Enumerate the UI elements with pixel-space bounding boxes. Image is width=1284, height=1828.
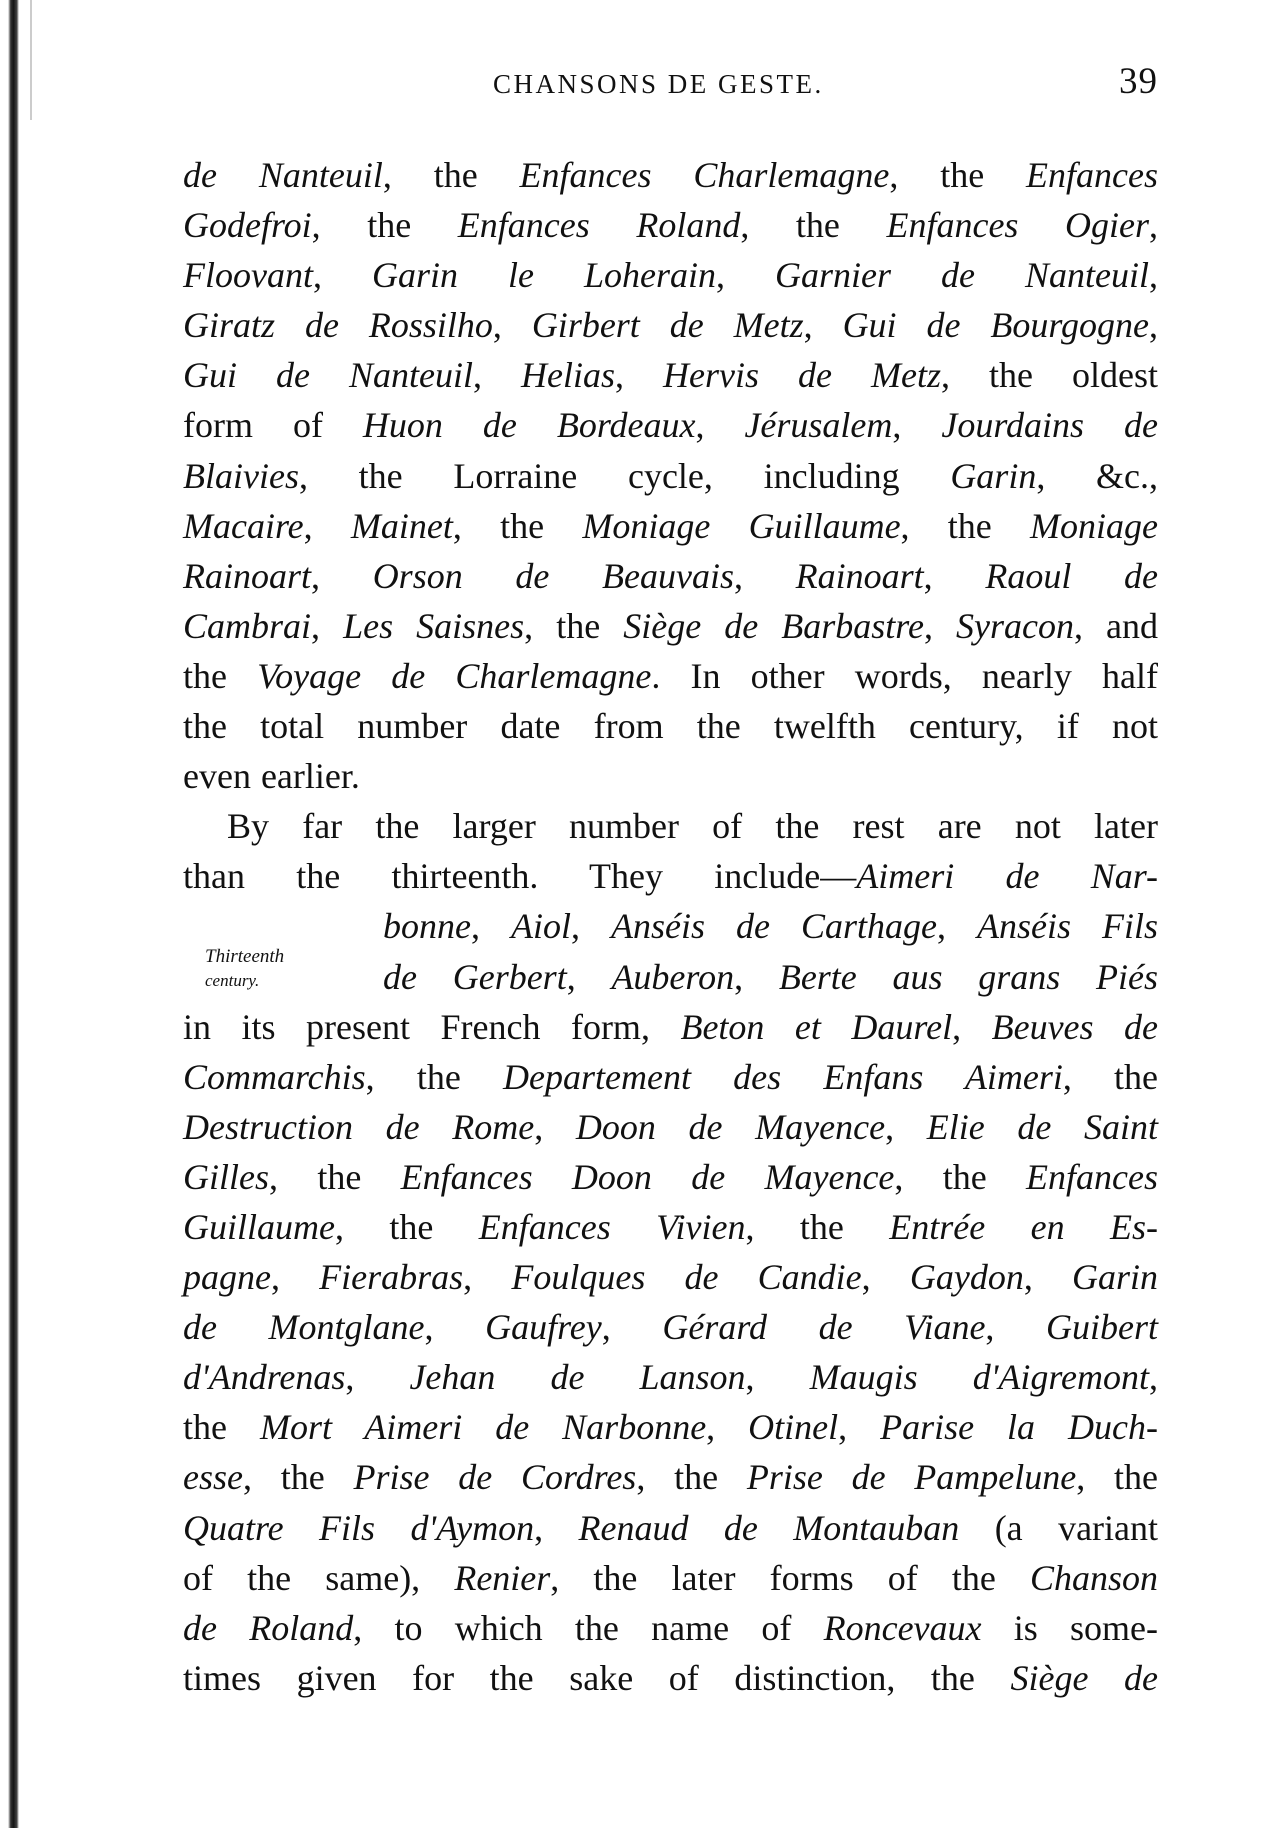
italic-title: Prise de Pampelune <box>747 1457 1076 1497</box>
italic-title: Destruction de Rome <box>183 1107 534 1147</box>
text-run: , <box>534 1508 578 1548</box>
italic-title: Entrée en Es- <box>889 1207 1158 1247</box>
text-line: Floovant, Garin le Loherain, Garnier de … <box>183 250 1158 300</box>
italic-title: Floovant <box>183 255 313 295</box>
text-line: esse, the Prise de Cordres, the Prise de… <box>183 1452 1158 1502</box>
italic-title: Gilles <box>183 1157 269 1197</box>
running-head: CHANSONS DE GESTE. 39 <box>183 66 1158 102</box>
text-run: (a variant <box>959 1508 1158 1548</box>
italic-title: Beuves de <box>992 1007 1158 1047</box>
text-line: de Nanteuil, the Enfances Charlemagne, t… <box>183 150 1158 200</box>
text-run: , <box>345 1357 409 1397</box>
text-run: , the <box>524 606 623 646</box>
text-run: , <box>746 1357 810 1397</box>
text-line: bonne, Aiol, Anséis de Carthage, Anséis … <box>183 901 1158 951</box>
text-run: , <box>924 606 956 646</box>
text-line: Macaire, Mainet, the Moniage Guillaume, … <box>183 501 1158 551</box>
italic-title: Maugis d'Aigremont <box>810 1357 1149 1397</box>
text-run: , <box>473 355 521 395</box>
text-line: de Roland, to which the name of Roncevau… <box>183 1603 1158 1653</box>
italic-title: Otinel <box>748 1407 838 1447</box>
italic-title: Fierabras <box>319 1257 463 1297</box>
italic-title: Enfances Vivien <box>479 1207 746 1247</box>
text-run: , the <box>636 1457 747 1497</box>
text-run: is some- <box>982 1608 1158 1648</box>
text-run: , <box>937 906 977 946</box>
text-run: , and <box>1074 606 1158 646</box>
page-number: 39 <box>1119 64 1158 100</box>
text-run: the total number date from the twelfth c… <box>183 706 1158 746</box>
italic-title: Renaud de Montauban <box>579 1508 960 1548</box>
text-run: , <box>311 606 343 646</box>
text-line: Quatre Fils d'Aymon, Renaud de Montauban… <box>183 1503 1158 1553</box>
text-line: form of Huon de Bordeaux, Jérusalem, Jou… <box>183 400 1158 450</box>
text-line: the Mort Aimeri de Narbonne, Otinel, Par… <box>183 1402 1158 1452</box>
text-run: , the <box>894 1157 1026 1197</box>
text-run: , &c., <box>1036 456 1158 496</box>
text-run: , <box>952 1007 992 1047</box>
italic-title: Gérard de Viane <box>662 1307 985 1347</box>
text-run: , the <box>453 506 582 546</box>
text-run: , <box>734 957 779 997</box>
italic-title: Commarchis <box>183 1057 366 1097</box>
text-run: , the <box>1063 1057 1158 1097</box>
text-run: , <box>493 305 532 345</box>
text-line: even earlier. <box>183 751 1158 801</box>
text-run: , <box>924 556 986 596</box>
text-run: , the <box>383 155 520 195</box>
text-line: times given for the sake of distinction,… <box>183 1653 1158 1703</box>
text-line: Guillaume, the Enfances Vivien, the Entr… <box>183 1202 1158 1252</box>
italic-title: Mort Aimeri de Narbonne <box>260 1407 706 1447</box>
italic-title: d'Andrenas <box>183 1357 345 1397</box>
italic-title: Prise de Cordres <box>353 1457 636 1497</box>
italic-title: Renier <box>454 1558 550 1598</box>
italic-title: Syracon <box>956 606 1074 646</box>
text-line: Godefroi, the Enfances Roland, the Enfan… <box>183 200 1158 250</box>
text-run: , the <box>889 155 1026 195</box>
text-run: , <box>567 957 612 997</box>
text-run: , the <box>740 205 886 245</box>
italic-title: de Nanteuil <box>183 155 383 195</box>
italic-title: Berte aus grans Piés <box>779 957 1158 997</box>
text-run: than the thirteenth. They include— <box>183 856 856 896</box>
text-run: the <box>183 1407 260 1447</box>
italic-title: Chanson <box>1030 1558 1158 1598</box>
text-run: , <box>838 1407 880 1447</box>
italic-title: Enfances Doon de Mayence <box>401 1157 895 1197</box>
text-line: Giratz de Rossilho, Girbert de Metz, Gui… <box>183 300 1158 350</box>
text-run: , <box>885 1107 927 1147</box>
italic-title: Gui de Bourgogne <box>843 305 1149 345</box>
scan-edge-border <box>8 0 19 1828</box>
text-run: , the <box>745 1207 889 1247</box>
italic-title: Helias <box>521 355 615 395</box>
running-title: CHANSONS DE GESTE. <box>493 66 824 102</box>
italic-title: pagne <box>183 1257 271 1297</box>
italic-title: Doon de Mayence <box>576 1107 885 1147</box>
text-run: , the <box>269 1157 401 1197</box>
text-run: , <box>892 405 941 445</box>
italic-title: Elie de Saint <box>927 1107 1158 1147</box>
italic-title: Enfances <box>1026 1157 1158 1197</box>
text-run: , <box>734 556 796 596</box>
italic-title: Siège de <box>1010 1658 1158 1698</box>
italic-title: Hervis de Metz <box>663 355 941 395</box>
text-line: Blaivies, the Lorraine cycle, including … <box>183 451 1158 501</box>
text-run: , the <box>243 1457 354 1497</box>
italic-title: Auberon <box>611 957 734 997</box>
italic-title: Anséis de Carthage <box>611 906 937 946</box>
italic-title: Departement des Enfans Aimeri <box>503 1057 1063 1097</box>
text-run: , the oldest <box>941 355 1158 395</box>
italic-title: Garin <box>950 456 1036 496</box>
text-run: the <box>183 656 257 696</box>
text-run: , to which the name of <box>353 1608 823 1648</box>
italic-title: Roncevaux <box>824 1608 982 1648</box>
italic-title: Voyage de Charlemagne <box>257 656 651 696</box>
text-run: By far the larger number of the rest are… <box>227 806 1158 846</box>
italic-title: Rainoart <box>183 556 311 596</box>
text-run: , <box>1149 305 1158 345</box>
italic-title: Macaire <box>183 506 304 546</box>
text-line: Gui de Nanteuil, Helias, Hervis de Metz,… <box>183 350 1158 400</box>
text-run: , <box>463 1257 511 1297</box>
italic-title: de Montglane <box>183 1307 425 1347</box>
italic-title: Giratz de Rossilho <box>183 305 493 345</box>
text-run: even earlier. <box>183 756 360 796</box>
text-run: , <box>1149 1357 1158 1397</box>
scan-edge-mark <box>30 0 32 120</box>
text-run: , <box>313 255 372 295</box>
italic-title: Jehan de Lanson <box>409 1357 745 1397</box>
text-line: d'Andrenas, Jehan de Lanson, Maugis d'Ai… <box>183 1352 1158 1402</box>
text-run: , the <box>1076 1457 1158 1497</box>
italic-title: Godefroi <box>183 205 312 245</box>
italic-title: Girbert de Metz <box>532 305 804 345</box>
text-run: , <box>425 1307 486 1347</box>
italic-title: Raoul de <box>985 556 1158 596</box>
text-line: the Voyage de Charlemagne. In other word… <box>183 651 1158 701</box>
text-run: , <box>706 1407 748 1447</box>
text-line: of the same), Renier, the later forms of… <box>183 1553 1158 1603</box>
text-run: , <box>1149 255 1158 295</box>
text-line: in its present French form, Beton et Dau… <box>183 1002 1158 1052</box>
text-line: By far the larger number of the rest are… <box>183 801 1158 851</box>
text-run: , the <box>312 205 458 245</box>
italic-title: Garnier de Nanteuil <box>775 255 1149 295</box>
text-run: , <box>602 1307 663 1347</box>
italic-title: Beton et Daurel <box>680 1007 952 1047</box>
text-run: , <box>716 255 775 295</box>
italic-title: Foulques de Candie <box>511 1257 861 1297</box>
italic-title: Mainet <box>351 506 453 546</box>
text-line: de Montglane, Gaufrey, Gérard de Viane, … <box>183 1302 1158 1352</box>
text-line: Gilles, the Enfances Doon de Mayence, th… <box>183 1152 1158 1202</box>
text-run: , <box>471 906 511 946</box>
italic-title: Gui de Nanteuil <box>183 355 473 395</box>
text-run: , <box>571 906 611 946</box>
text-run: , <box>695 405 744 445</box>
italic-title: Enfances Roland <box>458 205 741 245</box>
text-run: of the same), <box>183 1558 454 1598</box>
body-text: de Nanteuil, the Enfances Charlemagne, t… <box>183 150 1158 1703</box>
italic-title: Cambrai <box>183 606 311 646</box>
italic-title: Blaivies <box>183 456 299 496</box>
italic-title: Guibert <box>1046 1307 1158 1347</box>
italic-title: Huon de Bordeaux <box>363 405 696 445</box>
italic-title: Moniage Guillaume <box>582 506 900 546</box>
italic-title: bonne <box>383 906 471 946</box>
text-run: , the Lorraine cycle, including <box>299 456 950 496</box>
italic-title: Enfances <box>1026 155 1158 195</box>
text-line: than the thirteenth. They include—Aimeri… <box>183 851 1158 901</box>
italic-title: Gaydon <box>910 1257 1024 1297</box>
text-run: in its present French form, <box>183 1007 680 1047</box>
text-line: pagne, Fierabras, Foulques de Candie, Ga… <box>183 1252 1158 1302</box>
italic-title: Orson de Beauvais <box>373 556 734 596</box>
italic-title: Garin <box>1072 1257 1158 1297</box>
italic-title: Anséis Fils <box>977 906 1158 946</box>
text-line: Commarchis, the Departement des Enfans A… <box>183 1052 1158 1102</box>
italic-title: Garin le Loherain <box>372 255 716 295</box>
text-run: form of <box>183 405 363 445</box>
italic-title: Aimeri de Nar- <box>856 856 1158 896</box>
text-run: , <box>271 1257 319 1297</box>
italic-title: Jourdains de <box>941 405 1158 445</box>
italic-title: Aiol <box>511 906 571 946</box>
italic-title: Quatre Fils d'Aymon <box>183 1508 534 1548</box>
text-run: , <box>985 1307 1046 1347</box>
text-run: , the <box>901 506 1030 546</box>
italic-title: esse <box>183 1457 243 1497</box>
text-run: , <box>534 1107 576 1147</box>
text-line: de Gerbert, Auberon, Berte aus grans Pié… <box>183 952 1158 1002</box>
italic-title: Enfances Charlemagne <box>520 155 890 195</box>
italic-title: Guillaume <box>183 1207 335 1247</box>
text-run: times given for the sake of distinction,… <box>183 1658 1010 1698</box>
italic-title: de Roland <box>183 1608 353 1648</box>
italic-title: Enfances Ogier <box>886 205 1149 245</box>
italic-title: Siège de Barbastre <box>623 606 924 646</box>
text-run: , the <box>366 1057 503 1097</box>
text-run: . In other words, nearly half <box>651 656 1158 696</box>
text-run: , <box>862 1257 910 1297</box>
text-run: , <box>311 556 373 596</box>
text-run: , <box>1149 205 1158 245</box>
italic-title: de Gerbert <box>383 957 567 997</box>
text-line: Cambrai, Les Saisnes, the Siège de Barba… <box>183 601 1158 651</box>
text-run: , the <box>335 1207 479 1247</box>
italic-title: Moniage <box>1030 506 1158 546</box>
text-run: , <box>1024 1257 1072 1297</box>
italic-title: Rainoart <box>796 556 924 596</box>
italic-title: Les Saisnes <box>343 606 524 646</box>
italic-title: Parise la Duch- <box>880 1407 1158 1447</box>
text-run: , <box>804 305 843 345</box>
text-line: Rainoart, Orson de Beauvais, Rainoart, R… <box>183 551 1158 601</box>
text-run: , the later forms of the <box>550 1558 1030 1598</box>
italic-title: Jérusalem <box>744 405 892 445</box>
text-line: Destruction de Rome, Doon de Mayence, El… <box>183 1102 1158 1152</box>
italic-title: Gaufrey <box>485 1307 602 1347</box>
text-run: , <box>304 506 351 546</box>
text-run: , <box>615 355 663 395</box>
text-line: the total number date from the twelfth c… <box>183 701 1158 751</box>
